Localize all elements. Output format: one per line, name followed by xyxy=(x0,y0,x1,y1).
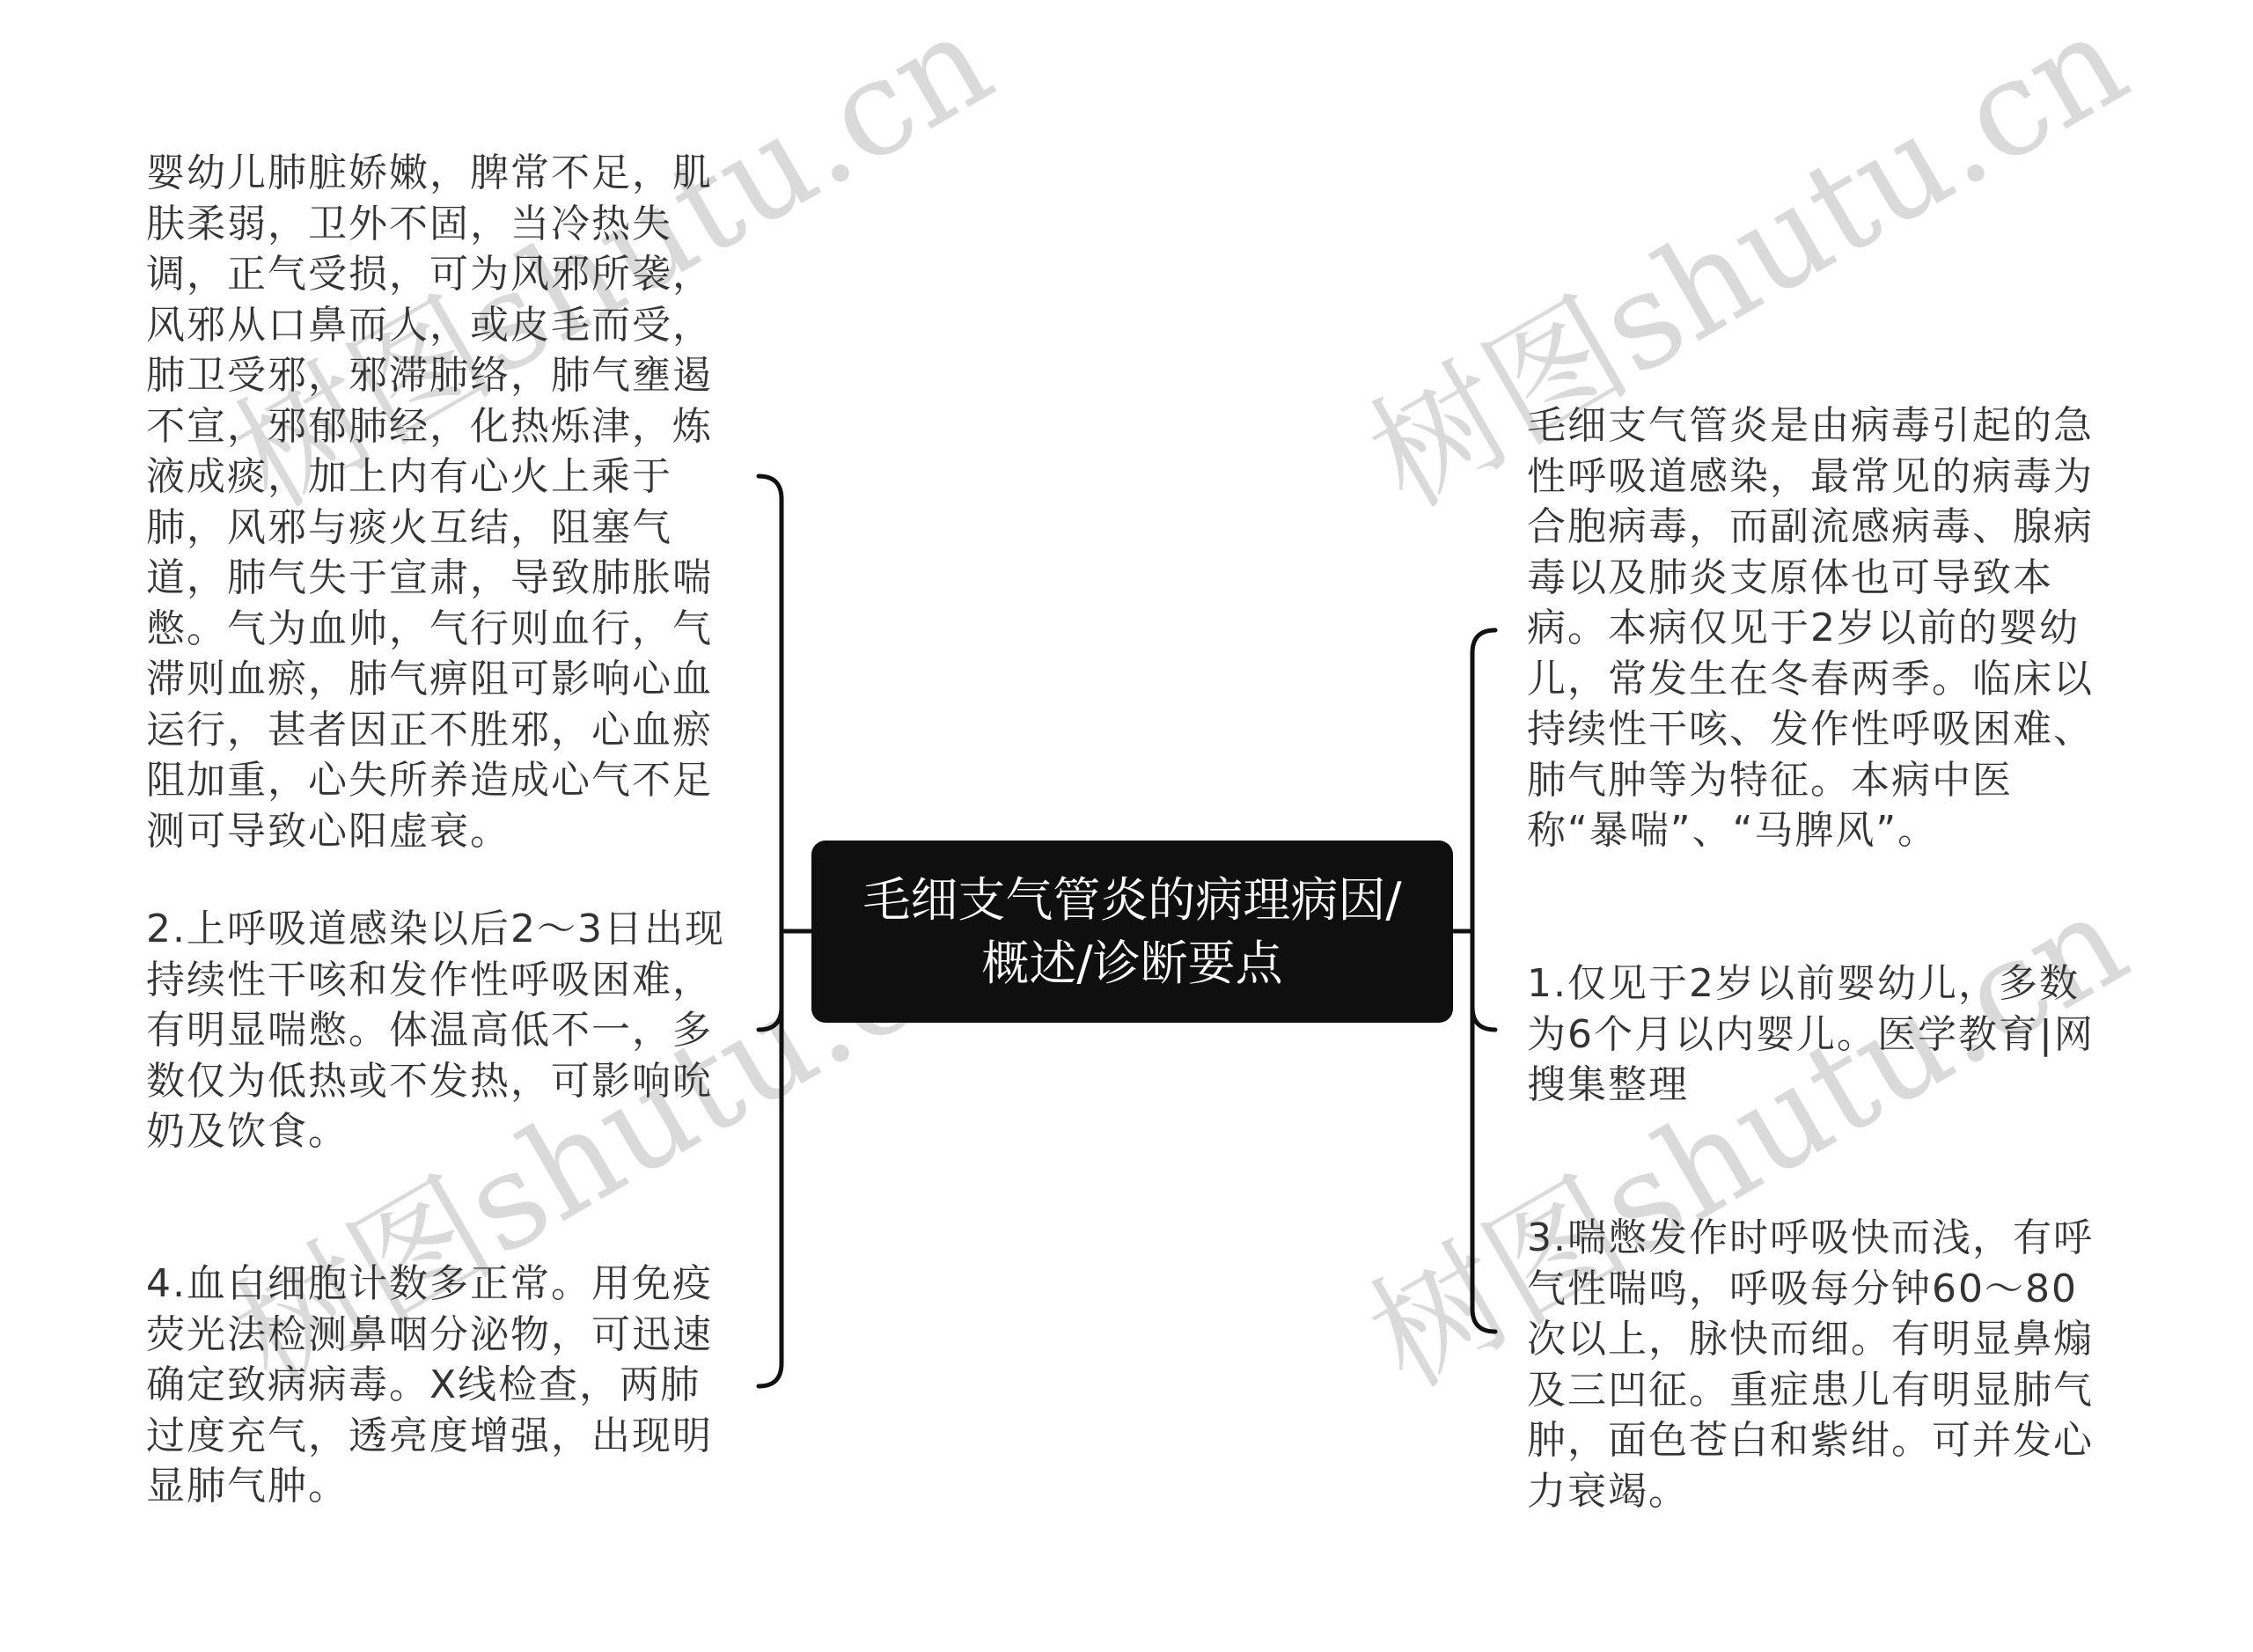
central-topic[interactable]: 毛细支气管炎的病理病因/ 概述/诊断要点 xyxy=(811,841,1453,1023)
left-topic-point-4[interactable]: 4.血白细胞计数多正常。用免疫荧光法检测鼻咽分泌物，可迅速确定致病病毒。X线检查… xyxy=(146,1259,727,1512)
central-topic-title: 毛细支气管炎的病理病因/ 概述/诊断要点 xyxy=(836,869,1427,995)
left-bracket xyxy=(759,476,782,1386)
right-topic-point-1[interactable]: 1.仅见于2岁以前婴幼儿，多数为6个月以内婴儿。医学教育|网搜集整理 xyxy=(1527,958,2108,1111)
left-mid-tick xyxy=(759,1007,782,1030)
left-topic-pathology[interactable]: 婴幼儿肺脏娇嫩，脾常不足，肌肤柔弱，卫外不固，当冷热失调，正气受损，可为风邪所袭… xyxy=(146,148,727,856)
left-topic-point-2[interactable]: 2.上呼吸道感染以后2～3日出现持续性干咳和发作性呼吸困难，有明显喘憋。体温高低… xyxy=(146,904,727,1157)
right-bracket xyxy=(1472,630,1495,1332)
right-topic-point-3[interactable]: 3.喘憋发作时呼吸快而浅，有呼气性喘鸣，呼吸每分钟60～80次以上，脉快而细。有… xyxy=(1527,1213,2108,1516)
right-mid-tick xyxy=(1472,1007,1495,1030)
central-topic-line2: 概述/诊断要点 xyxy=(981,936,1282,991)
right-topic-overview[interactable]: 毛细支气管炎是由病毒引起的急性呼吸道感染，最常见的病毒为合胞病毒，而副流感病毒、… xyxy=(1527,400,2108,856)
central-topic-line1: 毛细支气管炎的病理病因/ xyxy=(862,872,1401,928)
